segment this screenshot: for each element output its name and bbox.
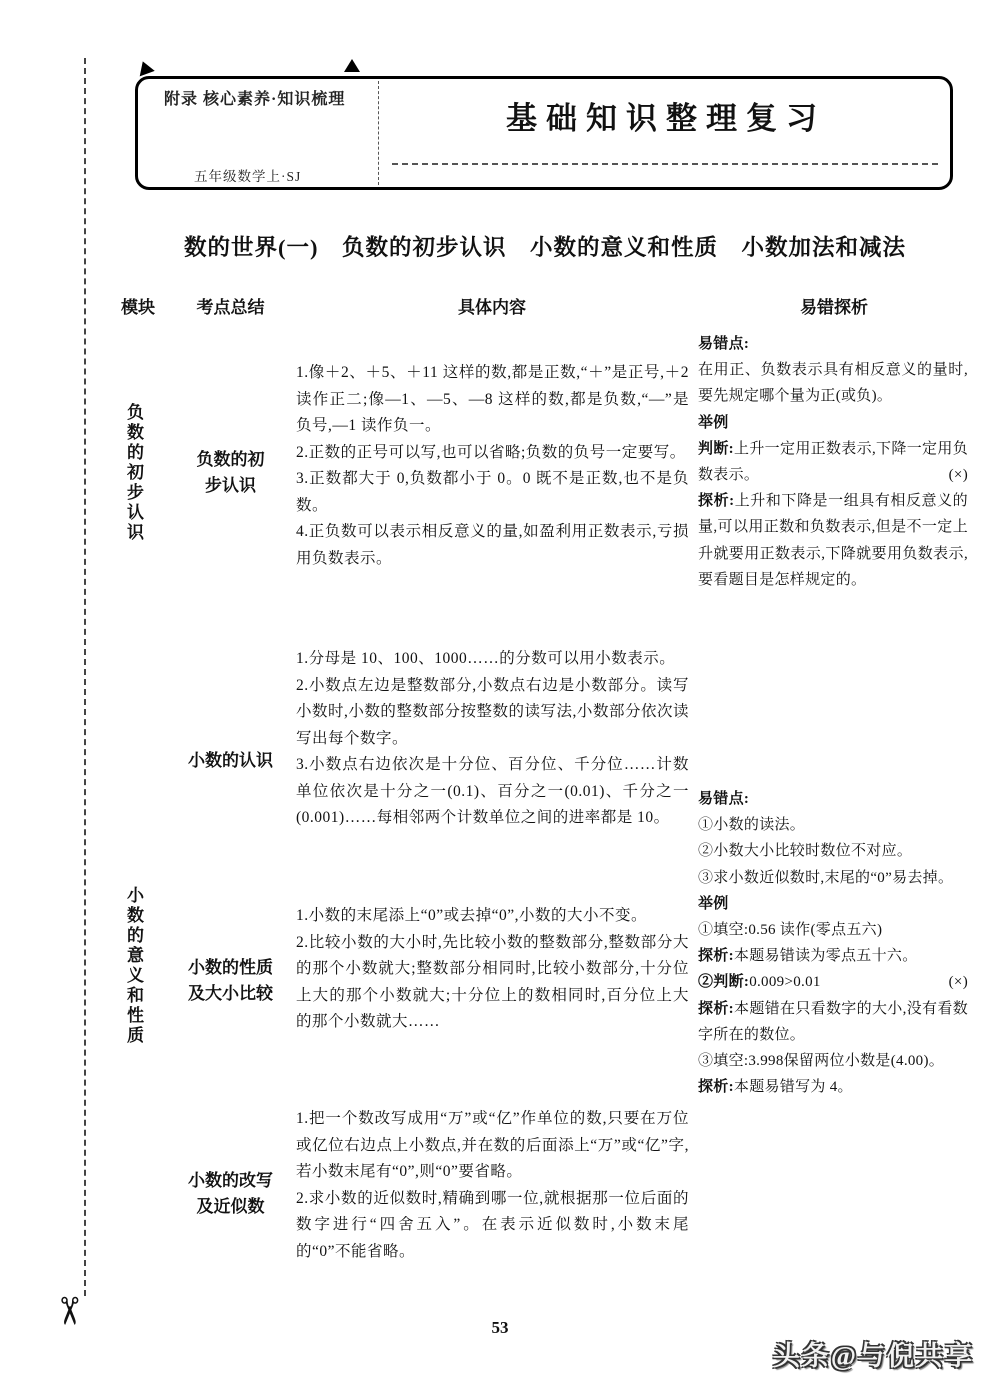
- topic-label: 负数的初步认识: [178, 447, 283, 499]
- judgment-mark: (×): [949, 462, 968, 488]
- topic-label: 小数的改写及近似数: [178, 1168, 283, 1220]
- content-block: 1.小数的末尾添上“0”或去掉“0”,小数的大小不变。2.比较小数的大小时,先比…: [296, 903, 689, 1036]
- column-header-content: 具体内容: [296, 293, 688, 318]
- content-paragraph: 2.比较小数的大小时,先比较小数的整数部分,整数部分大的那个小数就大;整数部分相…: [296, 930, 689, 1036]
- content-paragraph: 2.求小数的近似数时,精确到哪一位,就根据那一位后面的数字进行“四舍五入”。在表…: [296, 1186, 689, 1266]
- analysis-line: 探析:本题错在只看数字的大小,没有看数字所在的数位。: [698, 996, 968, 1048]
- analysis-line: 探析:上升和下降是一组具有相反意义的量,可以用正数和负数表示,但是不一定上升就要…: [698, 488, 968, 593]
- worksheet-page: ✂ 附录 核心素养·知识梳理 基础知识整理复习 五年级数学上·SJ 数的世界(一…: [0, 0, 1000, 1387]
- banner-triangle-icon: [344, 59, 360, 72]
- analysis-line: 在用正、负数表示具有相反意义的量时,要先规定哪个量为正(或负)。: [698, 357, 968, 409]
- header-tagline: 附录 核心素养·知识梳理: [164, 86, 345, 109]
- content-paragraph: 4.正负数可以表示相反意义的量,如盈利用正数表示,亏损用负数表示。: [296, 519, 689, 572]
- column-header-module: 模块: [103, 293, 173, 318]
- analysis-line: 探析:本题易错读为零点五十六。: [698, 943, 968, 969]
- topic-label: 小数的性质及大小比较: [178, 955, 283, 1007]
- module-label-negative-numbers: 负数的初步认识: [121, 403, 146, 543]
- page-title: 数的世界(一) 负数的初步认识 小数的意义和性质 小数加法和减法: [115, 230, 975, 262]
- corner-triangle-icon: [135, 59, 154, 77]
- content-paragraph: 2.正数的正号可以写,也可以省略;负数的负号一定要写。: [296, 440, 689, 467]
- analysis-line: ③填空:3.998保留两位小数是(4.00)。: [698, 1048, 968, 1074]
- content-paragraph: 3.小数点右边依次是十分位、百分位、千分位……计数单位依次是十分之一(0.1)、…: [296, 752, 689, 832]
- analysis-line: ②判断:0.009>0.01(×): [698, 969, 968, 995]
- cut-dashed-line: [84, 58, 86, 1296]
- content-paragraph: 1.像＋2、＋5、＋11 这样的数,都是正数,“＋”是正号,＋2 读作正二;像—…: [296, 360, 689, 440]
- analysis-line: 易错点:: [698, 331, 968, 357]
- judgment-mark: (×): [949, 969, 968, 995]
- content-paragraph: 3.正数都大于 0,负数都小于 0。0 既不是正数,也不是负数。: [296, 466, 689, 519]
- analysis-line: ③求小数近似数时,末尾的“0”易去掉。: [698, 865, 968, 891]
- content-paragraph: 1.分母是 10、100、1000……的分数可以用小数表示。: [296, 646, 689, 673]
- analysis-line: ①填空:0.56 读作(零点五六): [698, 917, 968, 943]
- topic-label: 小数的认识: [178, 748, 283, 774]
- edition-label: 五年级数学上·SJ: [194, 165, 301, 185]
- analysis-line: ②小数大小比较时数位不对应。: [698, 838, 968, 864]
- analysis-line: 易错点:: [698, 786, 968, 812]
- column-header-analysis: 易错探析: [700, 293, 968, 318]
- analysis-line: 探析:本题易错写为 4。: [698, 1074, 968, 1100]
- analysis-block: 易错点:在用正、负数表示具有相反意义的量时,要先规定哪个量为正(或负)。举例判断…: [698, 331, 968, 593]
- header-banner: 附录 核心素养·知识梳理 基础知识整理复习 五年级数学上·SJ: [135, 76, 953, 190]
- content-block: 1.把一个数改写成用“万”或“亿”作单位的数,只要在万位或亿位右边点上小数点,并…: [296, 1106, 689, 1265]
- column-header-topics: 考点总结: [178, 293, 283, 318]
- content-block: 1.像＋2、＋5、＋11 这样的数,都是正数,“＋”是正号,＋2 读作正二;像—…: [296, 360, 689, 572]
- header-title: 基础知识整理复习: [388, 93, 944, 138]
- analysis-line: ①小数的读法。: [698, 812, 968, 838]
- watermark: 头条@与倪共享: [773, 1334, 974, 1373]
- content-paragraph: 1.小数的末尾添上“0”或去掉“0”,小数的大小不变。: [296, 903, 689, 930]
- analysis-line: 举例: [698, 410, 968, 436]
- content-paragraph: 1.把一个数改写成用“万”或“亿”作单位的数,只要在万位或亿位右边点上小数点,并…: [296, 1106, 689, 1186]
- header-dashed-rule: [392, 163, 938, 165]
- analysis-line: 举例: [698, 891, 968, 917]
- header-divider: [378, 81, 379, 185]
- content-paragraph: 2.小数点左边是整数部分,小数点右边是小数部分。读写小数时,小数的整数部分按整数…: [296, 673, 689, 753]
- analysis-block: 易错点:①小数的读法。②小数大小比较时数位不对应。③求小数近似数时,末尾的“0”…: [698, 786, 968, 1100]
- content-block: 1.分母是 10、100、1000……的分数可以用小数表示。2.小数点左边是整数…: [296, 646, 689, 832]
- analysis-line: 判断:上升一定用正数表示,下降一定用负数表示。(×): [698, 436, 968, 488]
- module-label-decimals: 小数的意义和性质: [121, 886, 146, 1046]
